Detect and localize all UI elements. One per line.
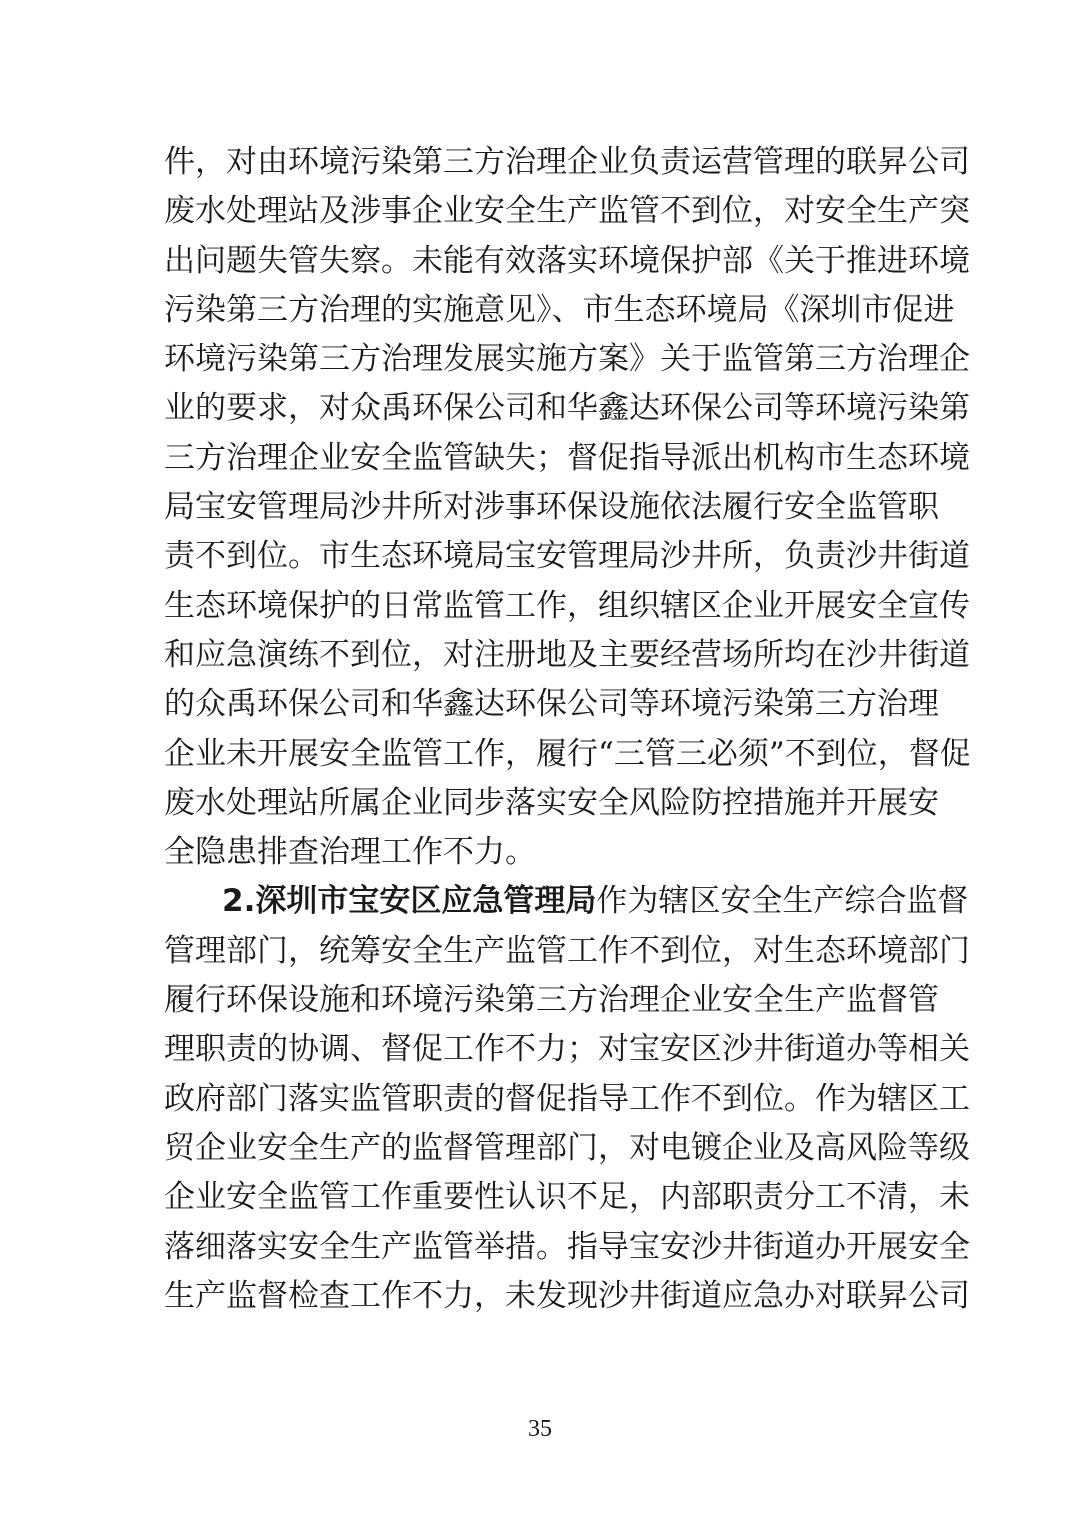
text-line: 环境污染第三方治理发展实施方案》关于监管第三方治理企: [164, 335, 916, 384]
text-line: 生态环境保护的日常监管工作，组织辖区企业开展安全宣传: [164, 582, 916, 631]
text-line: 贸企业安全生产的监督管理部门，对电镀企业及高风险等级: [164, 1124, 916, 1173]
text-line: 履行环保设施和环境污染第三方治理企业安全生产监督管: [164, 976, 916, 1025]
document-page: 件，对由环境污染第三方治理企业负责运营管理的联昇公司 废水处理站及涉事企业安全生…: [0, 0, 1080, 1527]
text-line: 责不到位。市生态环境局宝安管理局沙井所，负责沙井街道: [164, 532, 916, 581]
text-line: 和应急演练不到位，对注册地及主要经营场所均在沙井街道: [164, 631, 916, 680]
text-line: 企业未开展安全监管工作，履行“三管三必须”不到位，督促: [164, 730, 916, 779]
text-span: 作为辖区安全生产综合监督: [596, 883, 968, 919]
text-line: 三方治理企业安全监管缺失；督促指导派出机构市生态环境: [164, 434, 916, 483]
text-line: 废水处理站及涉事企业安全生产监管不到位，对安全生产突: [164, 187, 916, 236]
page-number: 35: [0, 1416, 1080, 1443]
text-line: 落细落实安全生产监管举措。指导宝安沙井街道办开展安全: [164, 1223, 916, 1272]
text-line: 政府部门落实监管职责的督促指导工作不到位。作为辖区工: [164, 1075, 916, 1124]
text-line: 的众禹环保公司和华鑫达环保公司等环境污染第三方治理: [164, 680, 916, 729]
text-line: 业的要求，对众禹环保公司和华鑫达环保公司等环境污染第: [164, 384, 916, 433]
text-line: 出问题失管失察。未能有效落实环境保护部《关于推进环境: [164, 237, 916, 286]
text-line: 污染第三方治理的实施意见》、市生态环境局《深圳市促进: [164, 286, 916, 335]
paragraph-2-first-line: 2.深圳市宝安区应急管理局作为辖区安全生产综合监督: [164, 877, 916, 926]
text-line: 废水处理站所属企业同步落实安全风险防控措施并开展安: [164, 779, 916, 828]
text-line: 件，对由环境污染第三方治理企业负责运营管理的联昇公司: [164, 138, 916, 187]
text-line: 生产监督检查工作不力，未发现沙井街道应急办对联昇公司: [164, 1272, 916, 1321]
body-text: 件，对由环境污染第三方治理企业负责运营管理的联昇公司 废水处理站及涉事企业安全生…: [164, 138, 916, 1321]
text-line: 管理部门，统筹安全生产监管工作不到位，对生态环境部门: [164, 927, 916, 976]
section-heading: 2.深圳市宝安区应急管理局: [222, 883, 596, 919]
text-line: 局宝安管理局沙井所对涉事环保设施依法履行安全监管职: [164, 483, 916, 532]
text-line: 全隐患排查治理工作不力。: [164, 828, 916, 877]
text-line: 企业安全监管工作重要性认识不足，内部职责分工不清，未: [164, 1173, 916, 1222]
text-line: 理职责的协调、督促工作不力；对宝安区沙井街道办等相关: [164, 1025, 916, 1074]
